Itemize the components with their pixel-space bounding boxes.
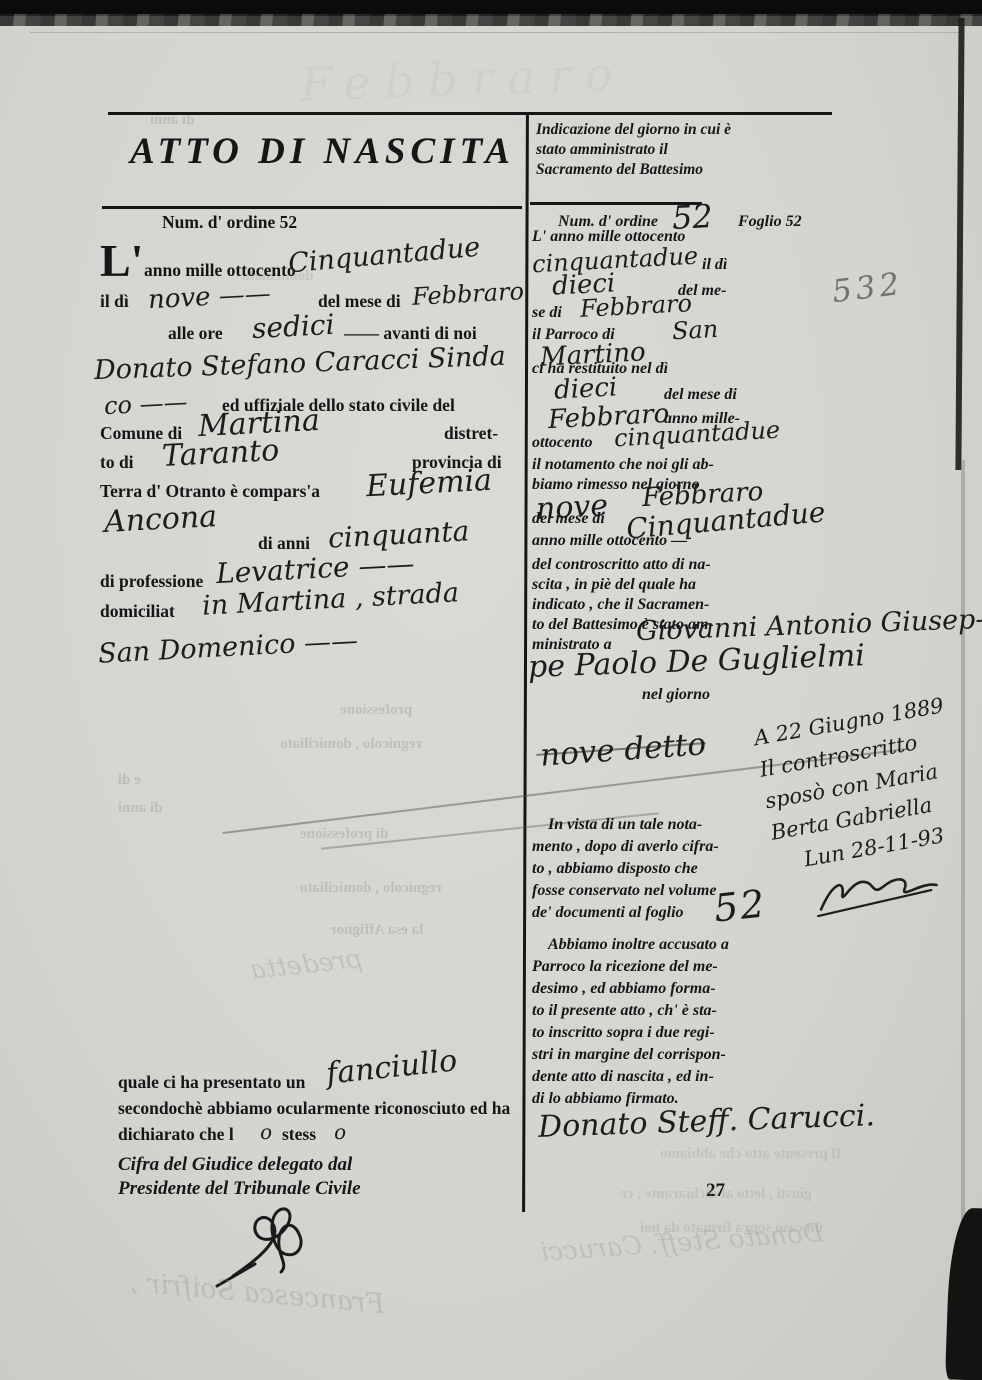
left-header-rule <box>102 206 522 209</box>
r-vista-2: mento , dopo di averlo cifra- <box>532 838 719 856</box>
r-rimesso-mese-label: del mese di <box>532 510 605 528</box>
r-accusato-7: dente atto di nascita , ed in- <box>532 1068 714 1086</box>
cifra-giudice-line1: Cifra del Giudice delegato dal <box>118 1154 352 1176</box>
foglio-number: Foglio 52 <box>738 213 802 231</box>
anni-label: di anni <box>258 533 310 554</box>
ore-handwritten: sedici <box>251 308 335 345</box>
r-controscritto-3: indicato , che il Sacramen- <box>532 596 709 614</box>
bleedthrough-text: di anni <box>118 800 163 817</box>
judge-cipher-signature <box>215 1198 345 1288</box>
r-vista-4: fosse conservato nel volume <box>532 882 716 900</box>
r-vista-5: de' documenti al foglio <box>532 904 684 922</box>
r-vista-1: In vista di un tale nota- <box>548 816 702 834</box>
r-vista-3: to , abbiamo disposto che <box>532 860 698 878</box>
il-di-label: il dì <box>100 291 129 312</box>
r-foglio-handwritten: 52 <box>712 881 769 930</box>
domicilio-label: domiciliat <box>100 601 175 622</box>
r-parroco-handwritten-1: San <box>671 315 719 345</box>
anno-print: anno mille ottocento <box>144 260 296 281</box>
bleedthrough-text: regnicolo , domiciliato <box>300 880 442 897</box>
r-rest-giorno-handwritten: dieci <box>553 372 618 405</box>
r-accusato-3: desimo , ed abbiamo forma- <box>532 980 716 998</box>
r-accusato-6: stri in margine del corrispon- <box>532 1046 726 1064</box>
r-accusato-2: Parroco la ricezione del me- <box>532 958 718 976</box>
r-il-di: il dì <box>702 256 727 274</box>
presentato-print: quale ci ha presentato un <box>118 1072 305 1093</box>
bleedthrough-text: giusti , letto al dichiarante , ce <box>620 1186 812 1203</box>
scan-top-ragged-edge <box>0 14 982 26</box>
margin-annotation: A 22 Giugno 1889 Il controscritto sposò … <box>752 688 982 924</box>
r-accusato-5: to inscritto sopra i due regi- <box>532 1024 715 1042</box>
comparsa-surname-handwritten: Ancona <box>103 499 218 540</box>
bleedthrough-text: regnicolo , domiciliato <box>280 736 422 753</box>
r-rest-mese-label: del mese di <box>664 386 737 404</box>
distretto-print-a: distret- <box>444 423 498 444</box>
dichiarato-print-b: stess <box>282 1124 316 1145</box>
ore-label: alle ore <box>168 323 223 344</box>
bleedthrough-text: di professione <box>300 826 388 843</box>
r-notamento-1: il notamento che noi gli ab- <box>532 456 714 474</box>
page-title: ATTO DI NASCITA <box>130 130 515 173</box>
bleedthrough-top-scrawl: Febbraro <box>299 46 627 111</box>
bleedthrough-text: la esa Affignor <box>330 922 423 939</box>
dichiarato-handwritten-o2: o <box>333 1120 346 1145</box>
r-mese-cont: se di <box>532 304 562 322</box>
top-rule <box>108 112 832 115</box>
r-accusato-4: to il presente atto , ch' è sta- <box>532 1002 717 1020</box>
r-controscritto-1: del controscritto atto di na- <box>532 556 711 574</box>
baptism-column-header: Indicazione del giorno in cui è stato am… <box>536 120 748 180</box>
scanned-birth-record-page: Febbraro di anni domiciliato ATTO DI NAS… <box>0 0 982 1380</box>
distretto-print-b: to di <box>100 452 134 473</box>
r-accusato-1: Abbiamo inoltre accusato a <box>548 936 729 954</box>
dichiarato-print-a: dichiarato che l <box>118 1124 234 1145</box>
avanti-di-noi: —— avanti di noi <box>344 323 477 344</box>
distretto-handwritten: Taranto <box>161 433 280 474</box>
r-controscritto-2: scita , in piè del quale ha <box>532 576 696 594</box>
r-nel-giorno: nel giorno <box>642 686 710 704</box>
left-num-ordine: Num. d' ordine 52 <box>162 212 297 233</box>
dichiarato-handwritten-o1: o <box>259 1120 272 1145</box>
giorno-handwritten: nove —— <box>147 279 271 315</box>
bleedthrough-text: professione <box>340 702 412 719</box>
cifra-giudice-line2: Presidente del Tribunale Civile <box>118 1178 361 1200</box>
sindaco-name-handwritten-2: co —— <box>103 388 188 420</box>
r-rest-anno-b: ottocento <box>532 434 592 452</box>
bleedthrough-text: e di <box>118 772 141 789</box>
bleedthrough-text: Il presente atto che abbiamo <box>660 1146 841 1163</box>
professione-label: di professione <box>100 571 203 592</box>
scan-top-scratch-line <box>30 32 960 33</box>
comparsa-name-handwritten: Eufemia <box>365 463 493 505</box>
riconosciuto-print: secondochè abbiamo ocularmente riconosci… <box>118 1098 510 1119</box>
dropcap-L: L' <box>100 234 143 287</box>
mese-handwritten: Febbraro <box>411 277 524 311</box>
